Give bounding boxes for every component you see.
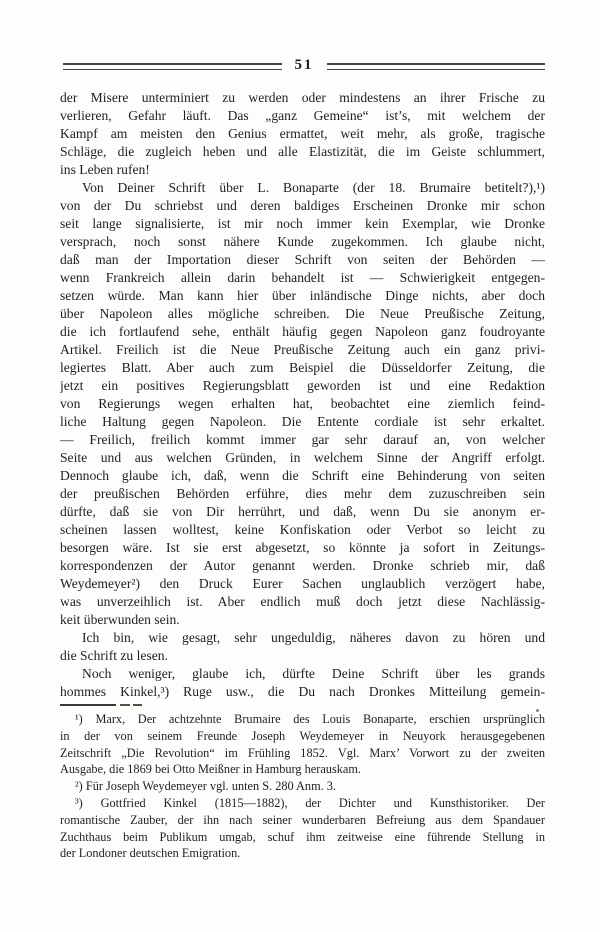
text-line: liche Haltung gegen Napoleon. Die Entent… — [60, 413, 545, 431]
footnote: ¹) Marx, Der achtzehnte Brumaire des Lou… — [60, 711, 545, 778]
text-line: keit überwunden sein. — [60, 611, 545, 629]
text-line: romantische Zauber, der ihn nach seiner … — [60, 812, 545, 829]
text-line: Artikel. Freilich ist die Neue Preußisch… — [60, 341, 545, 359]
paragraph: Ich bin, wie gesagt, sehr ungeduldig, nä… — [60, 629, 545, 665]
scan-artifact — [536, 709, 539, 712]
text-line: Ausgabe, die 1869 bei Otto Meißner in Ha… — [60, 761, 545, 778]
text-line: ³) Gottfried Kinkel (1815—1882), der Dic… — [60, 795, 545, 812]
text-line: der preußischen Behörden erführe, dies m… — [60, 485, 545, 503]
text-line: hommes Kinkel,³) Ruge usw., die Du nach … — [60, 683, 545, 701]
paragraph: der Misere unterminiert zu werden oder m… — [60, 89, 545, 179]
text-line: der Londoner deutschen Emigration. — [60, 845, 545, 862]
text-line: jetzt ein positives Regierungsblatt gewo… — [60, 377, 545, 395]
text-line: verlieren, Gefahr läuft. Das „ganz Gemei… — [60, 107, 545, 125]
scanned-book-page: 51 der Misere unterminiert zu werden ode… — [0, 0, 600, 932]
page-number: 51 — [295, 58, 314, 73]
text-line: setzen würde. Man kann hier über inländi… — [60, 287, 545, 305]
paragraph: Von Deiner Schrift über L. Bonaparte (de… — [60, 179, 545, 629]
body-text: der Misere unterminiert zu werden oder m… — [60, 89, 545, 701]
text-line: was unverzeihlich ist. Aber endlich muß … — [60, 593, 545, 611]
text-line: dürfte, daß sie von Dir herrührt, und da… — [60, 503, 545, 521]
footnote: ³) Gottfried Kinkel (1815—1882), der Dic… — [60, 795, 545, 862]
text-line: Ich bin, wie gesagt, sehr ungeduldig, nä… — [60, 629, 545, 647]
text-line: die ich fortlaufend sehe, enthält häufig… — [60, 323, 545, 341]
text-line: die Schrift zu lesen. — [60, 647, 545, 665]
header-rule-left — [63, 63, 282, 70]
running-head: 51 — [63, 59, 545, 74]
text-line: Seite und aus welchen Gründen, in welche… — [60, 449, 545, 467]
footnotes: ¹) Marx, Der achtzehnte Brumaire des Lou… — [60, 711, 545, 862]
header-rule-right — [327, 63, 546, 70]
text-line: versprach, noch sonst nähere Kunde zugek… — [60, 233, 545, 251]
text-line: Kampf am meisten den Genius ermattet, we… — [60, 125, 545, 143]
text-line: Zuchthaus beim Publikum umgab, schuf ihm… — [60, 829, 545, 846]
text-line: Schläge, die zugleich heben und alle Ela… — [60, 143, 545, 161]
text-line: von Regierungs wegen erhalten hat, beoba… — [60, 395, 545, 413]
text-line: ¹) Marx, Der achtzehnte Brumaire des Lou… — [60, 711, 545, 728]
text-line: seit lange signalisierte, ist mir noch i… — [60, 215, 545, 233]
text-line: legiertes Blatt. Aber auch zum Beispiel … — [60, 359, 545, 377]
text-line: der Misere unterminiert zu werden oder m… — [60, 89, 545, 107]
text-line: Noch weniger, glaube ich, dürfte Deine S… — [60, 665, 545, 683]
text-line: in der von seinem Freunde Joseph Weydeme… — [60, 728, 545, 745]
text-line: Dennoch glaube ich, daß, wenn die Schrif… — [60, 467, 545, 485]
footnote-separator — [60, 704, 142, 706]
text-line: — Freilich, freilich kommt immer gar seh… — [60, 431, 545, 449]
text-line: daß man der Importation dieser Schrift v… — [60, 251, 545, 269]
text-line: über Napoleon alles mögliche schreiben. … — [60, 305, 545, 323]
text-line: wenn Frankreich allein darin behandelt i… — [60, 269, 545, 287]
footnote: ²) Für Joseph Weydemeyer vgl. unten S. 2… — [60, 778, 545, 795]
text-line: scheinen lassen wolltest, keine Konfiska… — [60, 521, 545, 539]
text-line: Zeitschrift „Die Revolution“ im Frühling… — [60, 745, 545, 762]
paragraph: Noch weniger, glaube ich, dürfte Deine S… — [60, 665, 545, 701]
text-line: besorgen wäre. Ist sie erst abgesetzt, s… — [60, 539, 545, 557]
text-line: Weydemeyer²) den Druck Eurer Sachen ungl… — [60, 575, 545, 593]
text-line: ²) Für Joseph Weydemeyer vgl. unten S. 2… — [60, 778, 545, 795]
text-line: von der Du schriebst und deren baldiges … — [60, 197, 545, 215]
text-line: Von Deiner Schrift über L. Bonaparte (de… — [60, 179, 545, 197]
text-line: korrespondenzen der Autor genannt werden… — [60, 557, 545, 575]
text-line: ins Leben rufen! — [60, 161, 545, 179]
